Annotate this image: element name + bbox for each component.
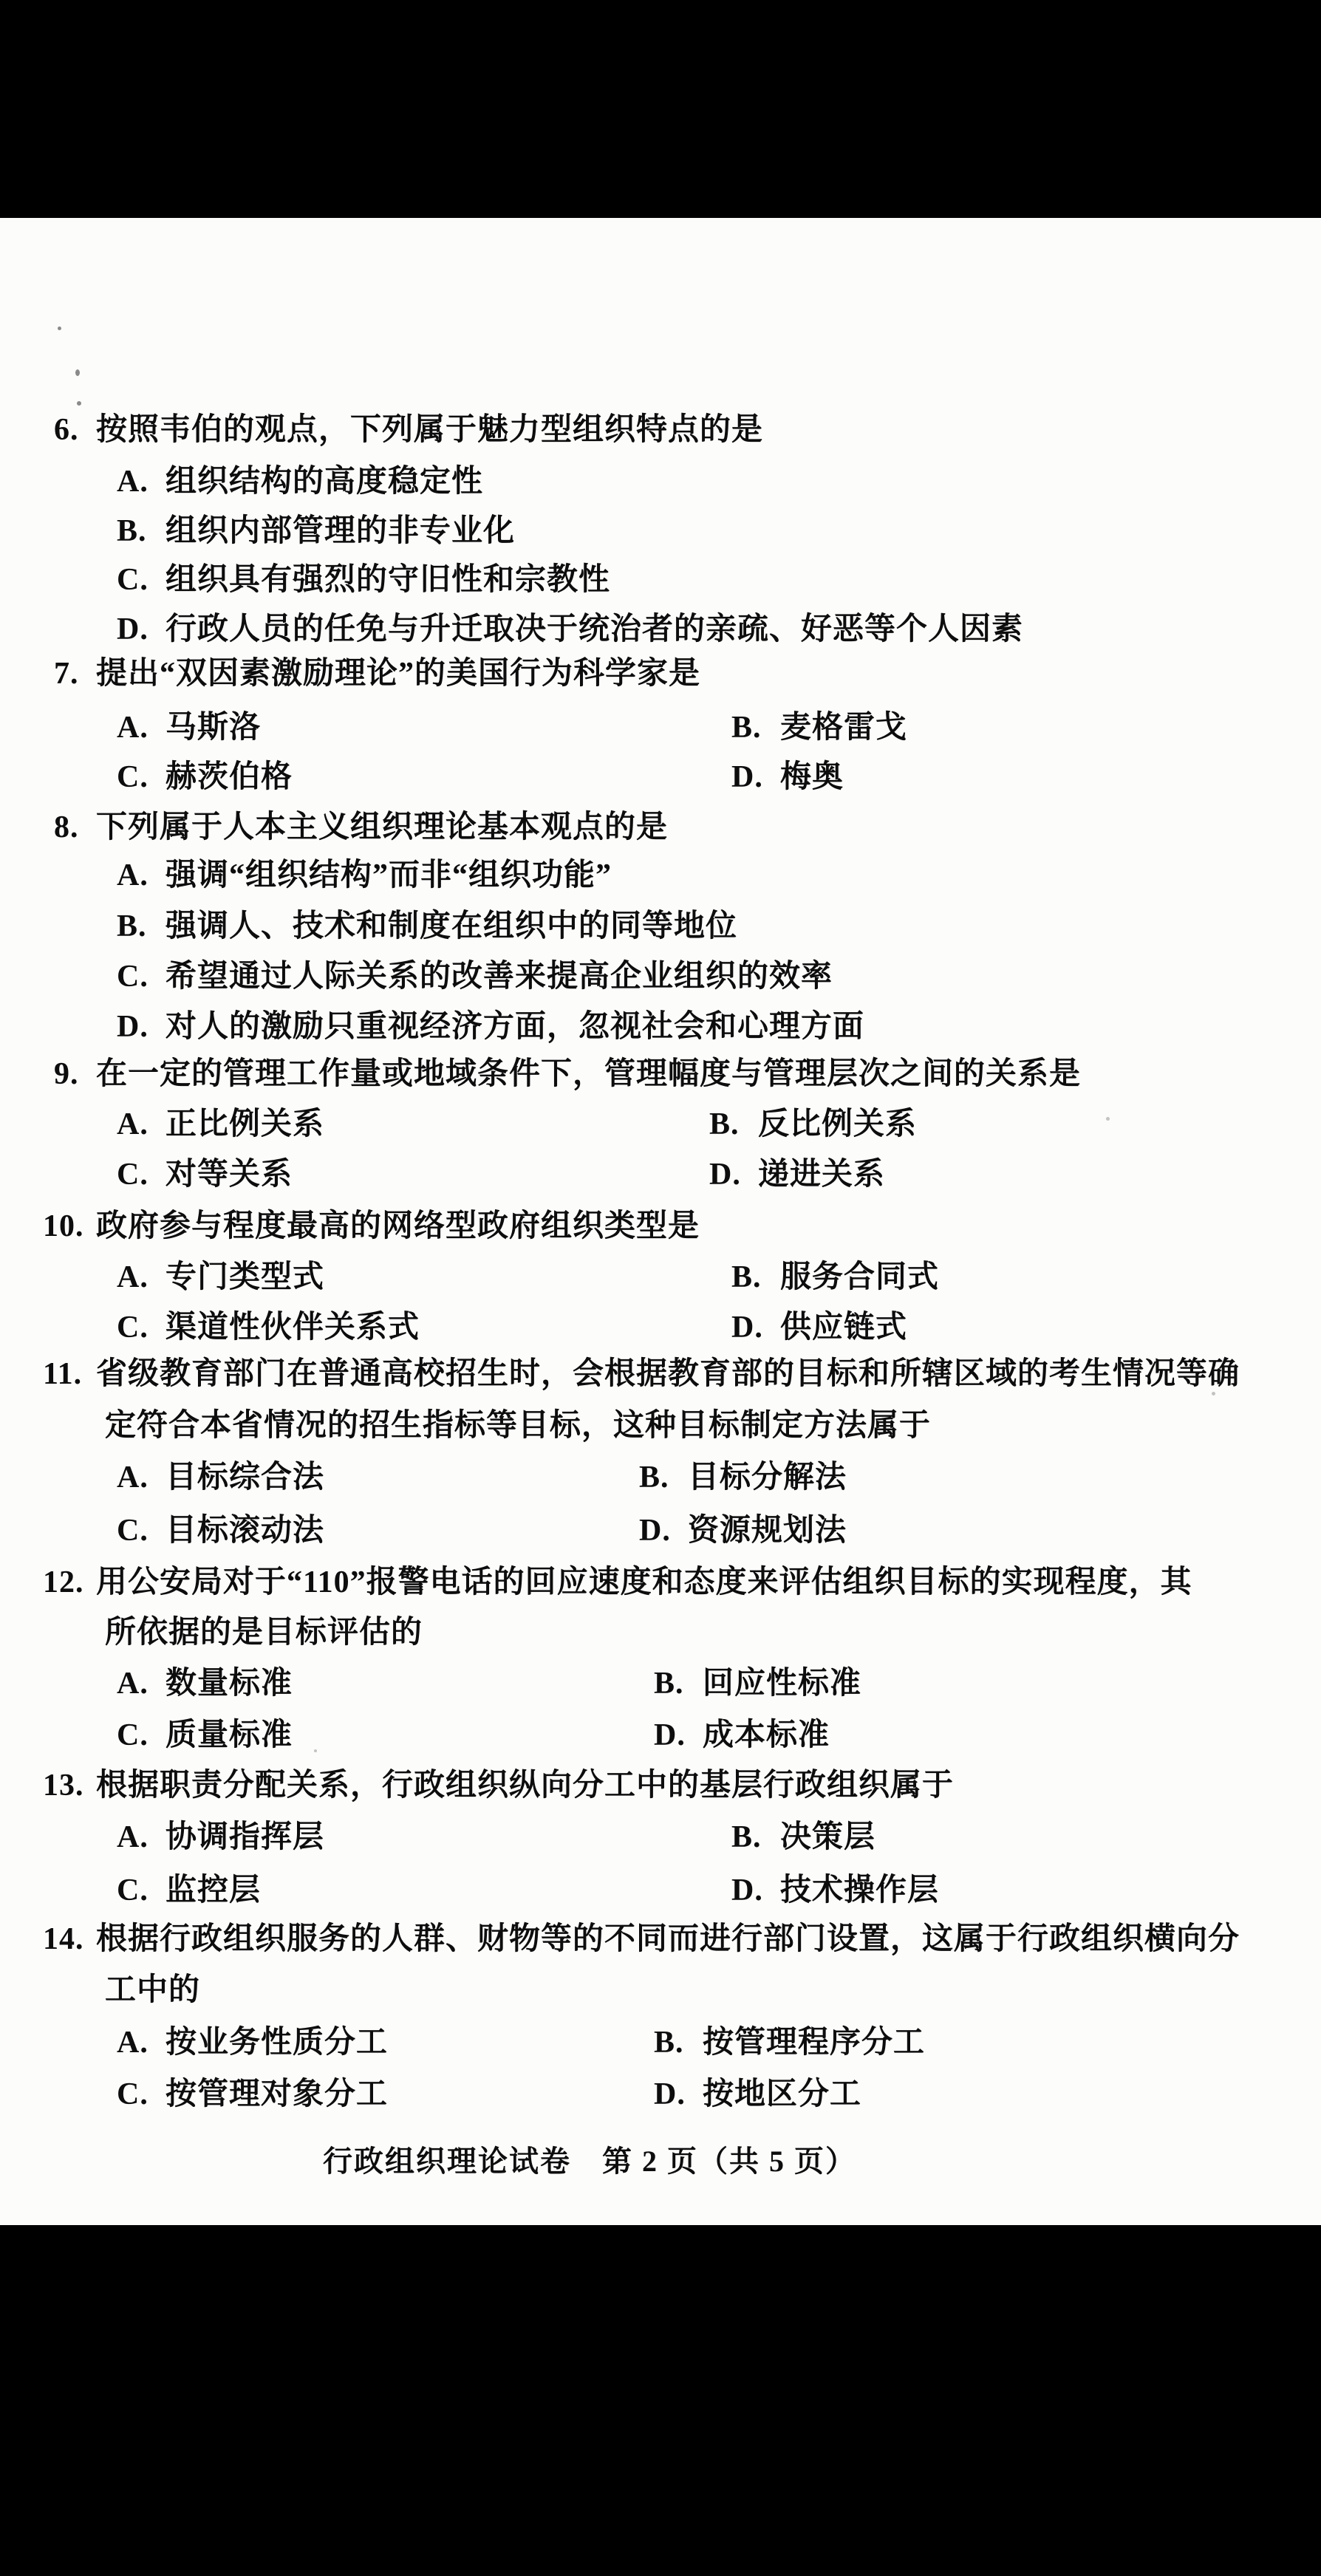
option-label: A. [117, 1108, 149, 1141]
question-number: 13. [43, 1769, 84, 1802]
option-label: B. [731, 711, 762, 744]
option-text: 技术操作层 [780, 1874, 939, 1907]
option-label: A. [117, 1461, 149, 1494]
question-text: 省级教育部门在普通高校招生时，会根据教育部的目标和所辖区域的考生情况等确 [96, 1358, 1240, 1390]
option-text: 资源规划法 [688, 1514, 847, 1547]
option-text: 按地区分工 [703, 2078, 861, 2111]
option-label: A. [117, 859, 149, 892]
option-text: 反比例关系 [758, 1108, 917, 1141]
option-text: 正比例关系 [165, 1108, 324, 1141]
option-text: 强调“组织结构”而非“组织功能” [165, 859, 612, 892]
option-text: 目标综合法 [165, 1461, 324, 1494]
option-label: A. [117, 2026, 149, 2059]
option-text: 希望通过人际关系的改善来提高企业组织的效率 [165, 960, 833, 993]
question-text: 根据行政组织服务的人群、财物等的不同而进行部门设置，这属于行政组织横向分 [96, 1923, 1240, 1955]
scan-speck [314, 1749, 317, 1752]
option-label: C. [117, 1874, 149, 1907]
option-label: B. [639, 1461, 669, 1494]
bottom-black-scan-bar [0, 2225, 1321, 2576]
option-label: D. [117, 1011, 149, 1043]
question-text: 定符合本省情况的招生指标等目标，这种目标制定方法属于 [105, 1410, 931, 1442]
question-number: 6. [54, 414, 79, 446]
option-label: D. [117, 613, 149, 646]
option-label: D. [654, 2078, 686, 2111]
option-label: B. [709, 1108, 740, 1141]
question-text: 按照韦伯的观点，下列属于魅力型组织特点的是 [96, 414, 763, 446]
option-text: 组织内部管理的非专业化 [165, 515, 515, 547]
option-text: 监控层 [165, 1874, 261, 1907]
scan-speck [1106, 1117, 1110, 1121]
option-label: D. [731, 1311, 763, 1344]
option-text: 决策层 [780, 1821, 875, 1854]
option-text: 强调人、技术和制度在组织中的同等地位 [165, 910, 737, 943]
option-text: 按业务性质分工 [165, 2026, 388, 2059]
option-text: 行政人员的任免与升迁取决于统治者的亲疏、好恶等个人因素 [165, 613, 1023, 646]
question-text: 工中的 [105, 1974, 200, 2006]
option-text: 数量标准 [165, 1667, 293, 1700]
option-label: C. [117, 960, 149, 993]
question-number: 12. [43, 1566, 84, 1599]
scan-speck [77, 401, 81, 406]
option-text: 马斯洛 [165, 711, 261, 744]
option-text: 按管理程序分工 [703, 2026, 925, 2059]
option-label: C. [117, 1311, 149, 1344]
option-label: C. [117, 1719, 149, 1752]
option-label: A. [117, 711, 149, 744]
option-text: 组织具有强烈的守旧性和宗教性 [165, 564, 610, 596]
option-text: 供应链式 [780, 1311, 907, 1344]
option-label: B. [654, 1667, 684, 1700]
question-number: 11. [43, 1358, 82, 1390]
option-label: D. [639, 1514, 671, 1547]
scan-speck [1212, 1392, 1215, 1395]
option-label: C. [117, 564, 149, 596]
option-label: B. [117, 515, 147, 547]
page-footer-text: 行政组织理论试卷 第 2 页（共 5 页） [323, 2146, 856, 2177]
option-text: 对人的激励只重视经济方面，忽视社会和心理方面 [165, 1011, 864, 1043]
option-label: A. [117, 1821, 149, 1854]
option-label: C. [117, 1158, 149, 1191]
scanned-exam-page: 6. 按照韦伯的观点，下列属于魅力型组织特点的是 A. 组织结构的高度稳定性 B… [0, 0, 1321, 2576]
option-text: 赫茨伯格 [165, 761, 293, 793]
option-label: D. [731, 761, 763, 793]
option-label: D. [654, 1719, 686, 1752]
option-label: C. [117, 2078, 149, 2111]
option-text: 专门类型式 [165, 1261, 324, 1294]
question-text: 用公安局对于“110”报警电话的回应速度和态度来评估组织目标的实现程度，其 [96, 1566, 1192, 1599]
option-text: 目标分解法 [688, 1461, 847, 1494]
scan-speck [75, 369, 80, 376]
question-number: 9. [54, 1058, 79, 1090]
option-text: 渠道性伙伴关系式 [165, 1311, 420, 1344]
question-text: 提出“双因素激励理论”的美国行为科学家是 [96, 657, 700, 690]
option-text: 递进关系 [758, 1158, 885, 1191]
option-text: 对等关系 [165, 1158, 293, 1191]
question-text: 所依据的是目标评估的 [105, 1616, 423, 1649]
option-label: A. [117, 1261, 149, 1294]
option-label: C. [117, 1514, 149, 1547]
option-text: 组织结构的高度稳定性 [165, 465, 483, 498]
scan-speck [58, 327, 61, 330]
question-number: 8. [54, 811, 79, 844]
question-number: 10. [43, 1210, 84, 1243]
question-text: 根据职责分配关系，行政组织纵向分工中的基层行政组织属于 [96, 1769, 954, 1802]
option-label: B. [654, 2026, 684, 2059]
option-text: 麦格雷戈 [780, 711, 907, 744]
option-text: 服务合同式 [780, 1261, 939, 1294]
option-label: B. [117, 910, 147, 943]
option-text: 梅奥 [780, 761, 844, 793]
option-label: B. [731, 1821, 762, 1854]
option-label: D. [709, 1158, 741, 1191]
option-label: A. [117, 465, 149, 498]
option-label: A. [117, 1667, 149, 1700]
top-black-scan-bar [0, 0, 1321, 218]
option-text: 协调指挥层 [165, 1821, 324, 1854]
question-text: 下列属于人本主义组织理论基本观点的是 [96, 811, 668, 844]
question-number: 14. [43, 1923, 84, 1955]
option-text: 回应性标准 [703, 1667, 861, 1700]
option-text: 按管理对象分工 [165, 2078, 388, 2111]
question-text: 政府参与程度最高的网络型政府组织类型是 [96, 1210, 700, 1243]
option-text: 质量标准 [165, 1719, 293, 1752]
option-label: D. [731, 1874, 763, 1907]
option-text: 成本标准 [703, 1719, 830, 1752]
option-text: 目标滚动法 [165, 1514, 324, 1547]
question-number: 7. [54, 657, 79, 690]
option-label: B. [731, 1261, 762, 1294]
option-label: C. [117, 761, 149, 793]
question-text: 在一定的管理工作量或地域条件下，管理幅度与管理层次之间的关系是 [96, 1058, 1081, 1090]
